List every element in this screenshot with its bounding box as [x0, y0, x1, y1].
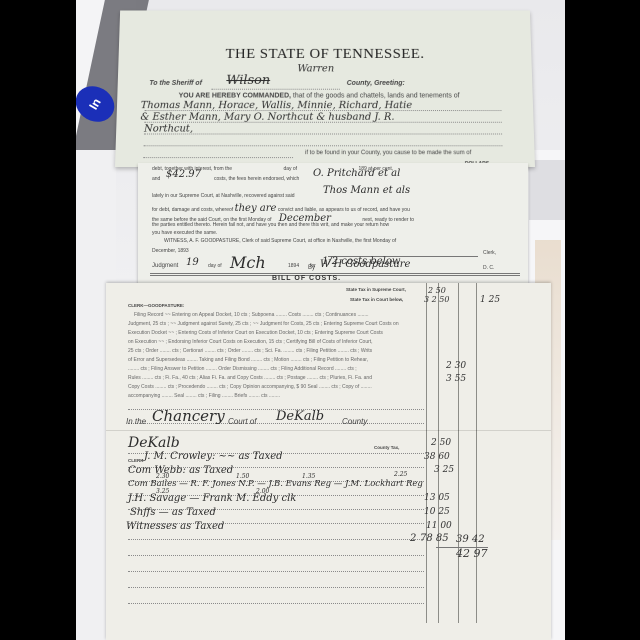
court-type: Chancery [152, 407, 225, 425]
photo-frame: In THE STATE OF TENNESSEE. Warren To the… [76, 0, 565, 640]
county-overwrite: Warren [297, 64, 334, 75]
half-share: 39 42 [456, 534, 485, 545]
county-tax-amount: 2 50 [431, 438, 451, 448]
cost-entry-5: Shffs — as Taxed [130, 507, 216, 518]
total-divisor: 2 [410, 533, 416, 544]
cost-entry-1: J. M. Crowley: ~~ as Taxed [144, 451, 283, 462]
county-handwritten: DeKalb [128, 435, 180, 451]
command-line: YOU ARE HEREBY COMMANDED, that of the go… [179, 93, 460, 100]
cost-entry-2: Com Webb: as Taxed [128, 465, 233, 476]
clerk-heading: CLERK—GOODPASTURE: [128, 303, 184, 308]
document-title: THE STATE OF TENNESSEE. [118, 47, 531, 63]
judgment-day: 19 [186, 257, 199, 268]
bill-of-costs-panel: State Tax in Supreme Court, State Tax in… [106, 283, 551, 640]
cost-entry-6: Witnesses as Taxed [126, 521, 224, 532]
cost-entry-3: Com Bailes — R. F. Jones N.P. — J.B. Eva… [128, 479, 423, 489]
bill-of-costs-title: BILL OF COSTS. [272, 275, 341, 282]
found-text: if to be found in your County, you cause… [305, 150, 471, 156]
background-crumpled-paper [529, 160, 565, 220]
grand-total: 42 97 [456, 547, 488, 560]
state-tax-below-label: State Tax in Court below, [350, 297, 403, 302]
writ-top-panel: THE STATE OF TENNESSEE. Warren To the Sh… [115, 10, 535, 167]
total-amount: 78 85 [420, 533, 449, 544]
judgment-year: 1894 [288, 263, 299, 269]
sheriff-prefix: To the Sheriff of [149, 80, 202, 87]
costs-amount: $42.97 [166, 169, 201, 180]
state-tax-supreme-label: State Tax in Supreme Court, [346, 287, 406, 292]
court-county: DeKalb [276, 409, 324, 424]
payee-name: O. Pritchard et al [313, 168, 400, 179]
county-greeting: County, Greeting: [347, 80, 405, 87]
cost-entry-4: J.H. Savage — Frank M. Eddy clk [128, 493, 296, 504]
writ-date: December, 1893 [152, 248, 189, 254]
judgment-note: 1/2 costs below [322, 256, 400, 267]
judgment-month: Mch [230, 253, 266, 272]
county-struck: Wilson [226, 73, 270, 87]
against-names: Thos Mann et als [323, 185, 410, 196]
